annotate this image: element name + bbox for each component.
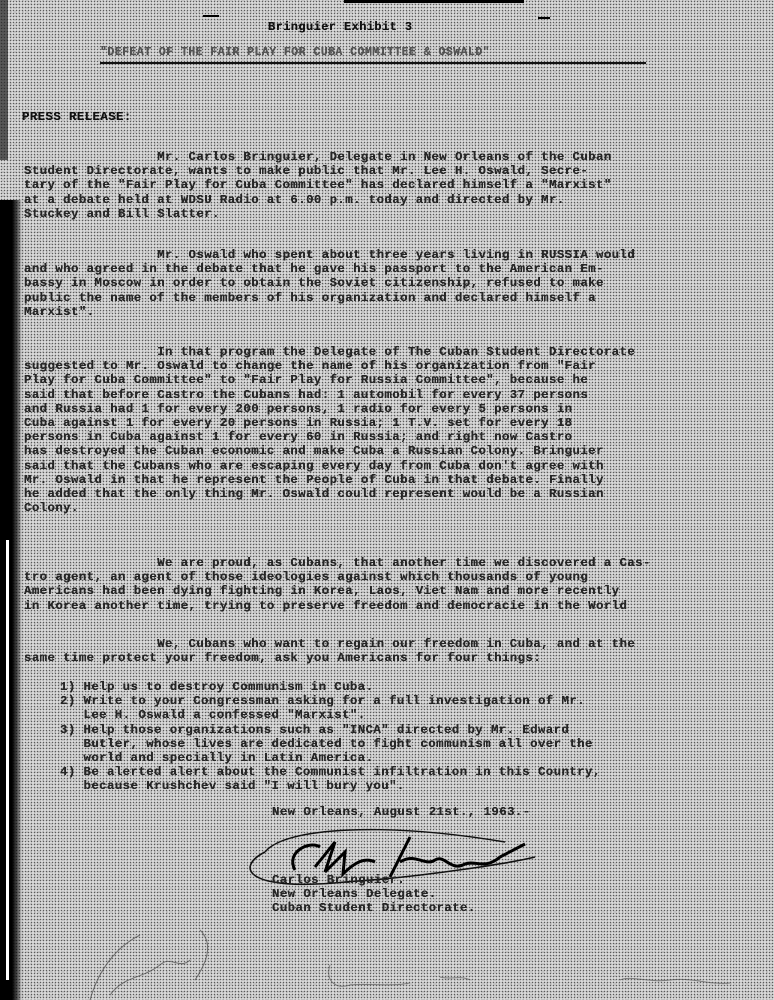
paragraph-4-line: We are proud, as Cubans, that another ti… (24, 556, 651, 570)
paragraph-2-line: Marxist". (24, 305, 95, 319)
margin-tick (203, 15, 219, 17)
paragraph-2-line: bassy in Moscow in order to obtain the S… (24, 276, 604, 290)
scanned-document-page: Bringuier Exhibit 3 "DEFEAT OF THE FAIR … (0, 0, 774, 1000)
request-2-line: Lee H. Oswald a confessed "Marxist". (60, 708, 366, 722)
faint-witness-signatures (30, 925, 750, 1000)
dateline: New Orleans, August 21st., 1963.- (272, 805, 531, 819)
paragraph-1-line: tary of the "Fair Play for Cuba Committe… (24, 178, 612, 192)
margin-tick (538, 17, 550, 19)
exhibit-label: Bringuier Exhibit 3 (268, 20, 412, 34)
paragraph-3-line: Cuba against 1 for every 20 persons in R… (24, 416, 573, 430)
paragraph-5-line: We, Cubans who want to regain our freedo… (24, 637, 635, 651)
paragraph-1-line: Stuckey and Bill Slatter. (24, 207, 220, 221)
request-3-line: world and specially in Latin America. (60, 751, 373, 765)
paragraph-1-line: at a debate held at WDSU Radio at 6.00 p… (24, 193, 565, 207)
request-4-line: because Krushchev said "I will bury you"… (60, 779, 405, 793)
paragraph-3-line: and Russia had 1 for every 200 persons, … (24, 402, 573, 416)
paragraph-2-line: and who agreed in the debate that he gav… (24, 262, 604, 276)
signer-name: Carlos Bringuier. (272, 873, 405, 887)
signer-organization: Cuban Student Directorate. (272, 901, 476, 915)
request-3-line: 3) Help those organizations such as "INC… (60, 723, 569, 737)
scan-top-mark (344, 0, 524, 3)
paragraph-1-line: Student Directorate, wants to make publi… (24, 164, 588, 178)
request-2-line: 2) Write to your Congressman asking for … (60, 694, 585, 708)
heading-underline (100, 62, 646, 64)
document-heading: "DEFEAT OF THE FAIR PLAY FOR CUBA COMMIT… (100, 46, 490, 60)
scan-edge-shadow (0, 200, 22, 1000)
paragraph-2-line: Mr. Oswald who spent about three years l… (24, 248, 635, 262)
paragraph-4-line: Americans had been dying fighting in Kor… (24, 584, 620, 598)
paragraph-1-line: Mr. Carlos Bringuier, Delegate in New Or… (24, 150, 612, 164)
press-release-label: PRESS RELEASE: (22, 110, 132, 124)
paragraph-3-line: said that before Castro the Cubans had: … (24, 388, 588, 402)
paragraph-3-line: he added that the only thing Mr. Oswald … (24, 487, 604, 501)
paragraph-4-line: tro agent, an agent of those ideologies … (24, 570, 588, 584)
scan-edge-highlight (6, 540, 9, 980)
scan-edge-shadow (0, 0, 8, 160)
paragraph-3-line: Mr. Oswald in that he represent the Peop… (24, 473, 604, 487)
paragraph-2-line: public the name of the members of his or… (24, 291, 596, 305)
request-1-line: 1) Help us to destroy Communism in Cuba. (60, 680, 373, 694)
request-3-line: Butler, whose lives are dedicated to fig… (60, 737, 593, 751)
paragraph-3-line: said that the Cubans who are escaping ev… (24, 459, 604, 473)
paragraph-3-line: has destroyed the Cuban economic and mak… (24, 444, 604, 458)
paragraph-3-line: Colony. (24, 501, 79, 515)
request-4-line: 4) Be alerted alert about the Communist … (60, 765, 601, 779)
signer-title: New Orleans Delegate. (272, 887, 437, 901)
paragraph-3-line: suggested to Mr. Oswald to change the na… (24, 359, 596, 373)
paragraph-3-line: In that program the Delegate of The Cuba… (24, 345, 635, 359)
paragraph-3-line: Play for Cuba Committee" to "Fair Play f… (24, 373, 588, 387)
paragraph-5-line: same time protect your freedom, ask you … (24, 651, 541, 665)
paragraph-3-line: persons in Cuba against 1 for every 60 i… (24, 430, 573, 444)
paragraph-4-line: in Korea another time, trying to preserv… (24, 599, 627, 613)
